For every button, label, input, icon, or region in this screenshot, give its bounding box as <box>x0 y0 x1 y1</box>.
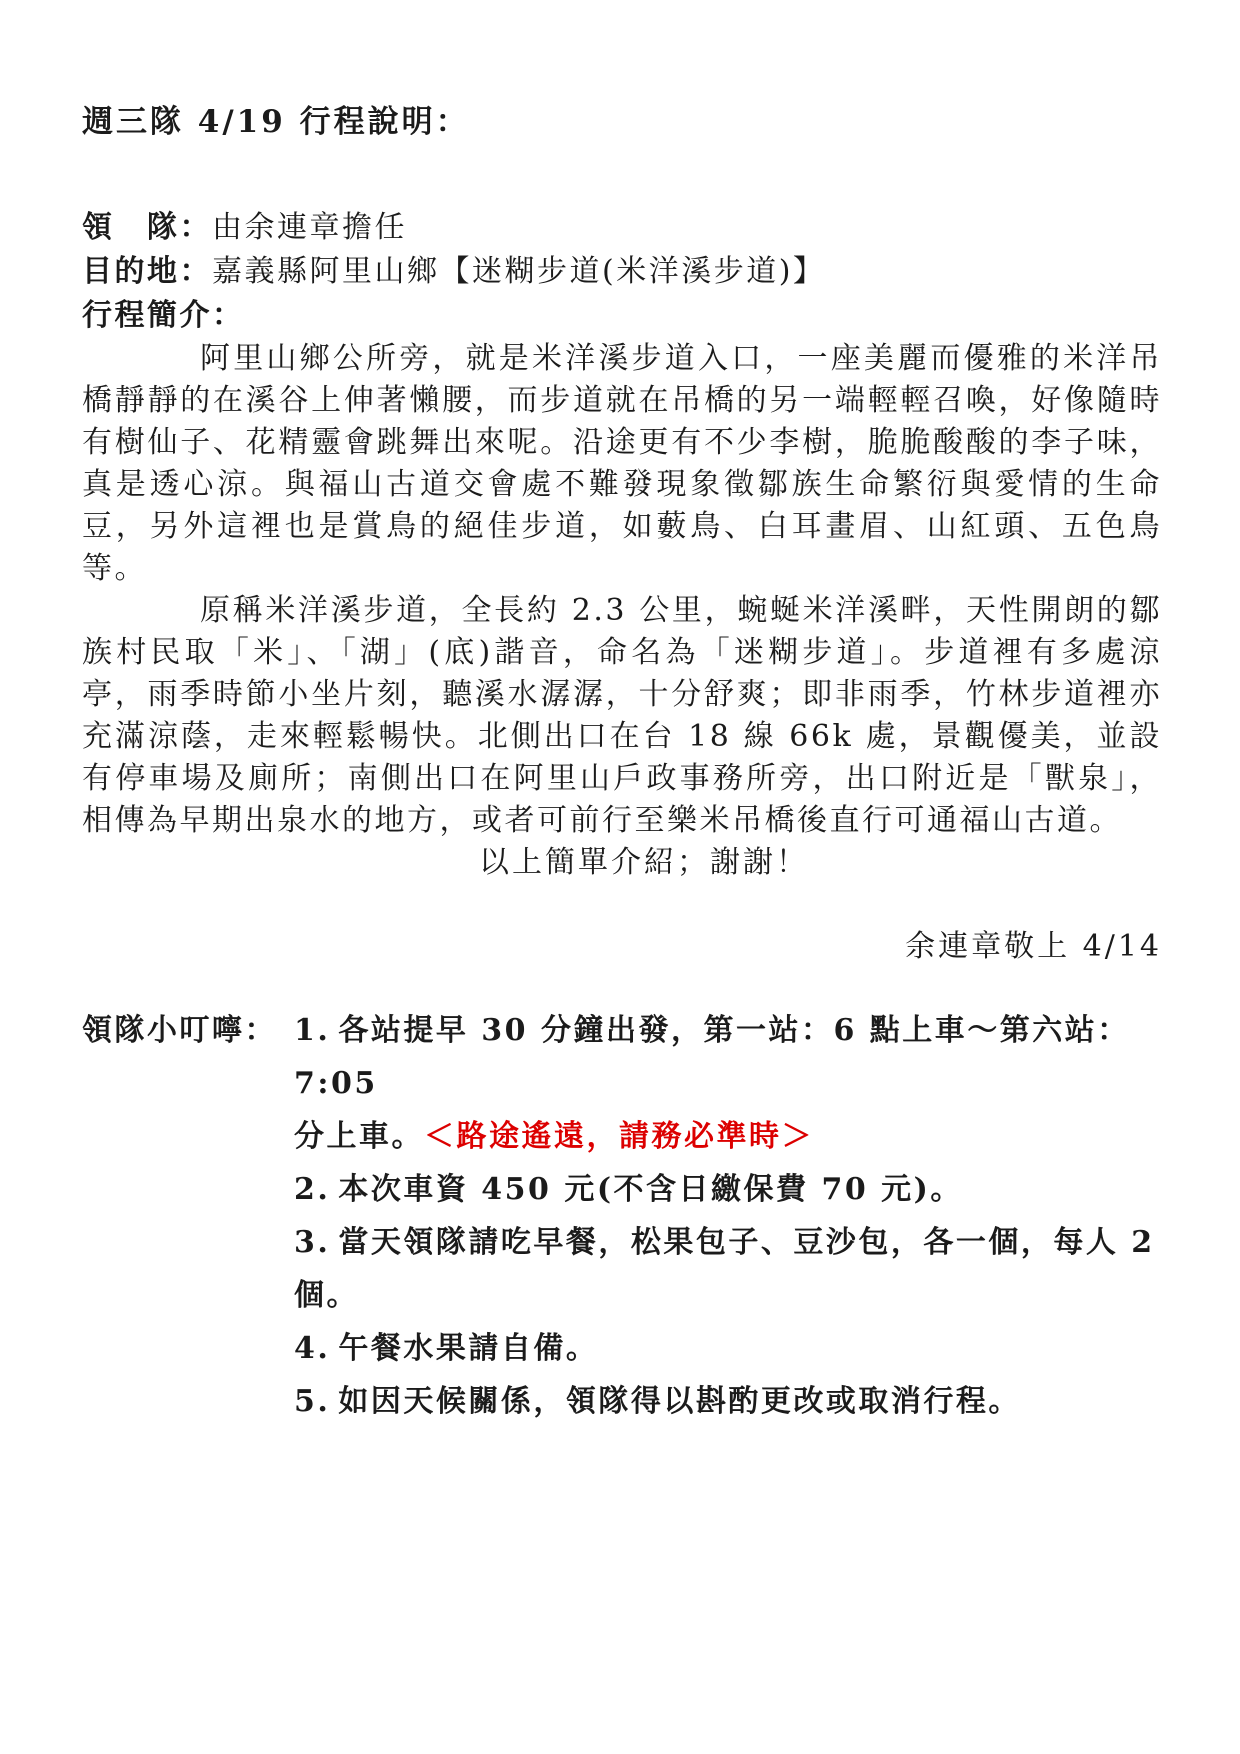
note-highlight-red: ＜路途遙遠，請務必準時＞ <box>424 1119 814 1154</box>
note-body-2: 2.本次車資 450 元(不含日繳保費 70 元)。 <box>294 1163 1162 1216</box>
destination-value: 嘉義縣阿里山鄉【迷糊步道(米洋溪步道)】 <box>212 254 825 289</box>
notes-label: 領隊小叮嚀： <box>82 1004 294 1057</box>
leader-row: 領 隊：由余連章擔任 <box>82 206 1162 250</box>
note-item: 3.當天領隊請吃早餐，松果包子、豆沙包，各一個，每人 2 個。 <box>82 1216 1162 1322</box>
note-item: 5.如因天候關係，領隊得以斟酌更改或取消行程。 <box>82 1375 1162 1428</box>
note-body-3: 3.當天領隊請吃早餐，松果包子、豆沙包，各一個，每人 2 個。 <box>294 1216 1162 1322</box>
note-item: 領隊小叮嚀： 1.各站提早 30 分鐘出發，第一站：6 點上車～第六站：7:05… <box>82 1004 1162 1163</box>
document-page: 週三隊 4/19 行程說明： 領 隊：由余連章擔任 目的地：嘉義縣阿里山鄉【迷糊… <box>0 0 1240 1754</box>
note-number: 1. <box>294 1013 330 1048</box>
doc-title: 週三隊 4/19 行程說明： <box>82 100 1162 144</box>
leader-value: 由余連章擔任 <box>212 210 407 245</box>
destination-label: 目的地： <box>82 254 212 289</box>
note-number: 2. <box>294 1172 330 1207</box>
note-body-5: 5.如因天候關係，領隊得以斟酌更改或取消行程。 <box>294 1375 1162 1428</box>
note-text: 如因天候關係，領隊得以斟酌更改或取消行程。 <box>338 1384 1021 1419</box>
note-number: 3. <box>294 1225 330 1260</box>
note-item: 4.午餐水果請自備。 <box>82 1322 1162 1375</box>
intro-row: 行程簡介： <box>82 294 1162 338</box>
note-body-4: 4.午餐水果請自備。 <box>294 1322 1162 1375</box>
note-text: 本次車資 450 元(不含日繳保費 70 元)。 <box>338 1172 963 1207</box>
note-text: 午餐水果請自備。 <box>338 1331 598 1366</box>
intro-label: 行程簡介： <box>82 298 245 333</box>
note-number: 4. <box>294 1331 330 1366</box>
notes-section: 領隊小叮嚀： 1.各站提早 30 分鐘出發，第一站：6 點上車～第六站：7:05… <box>82 1004 1162 1428</box>
note-number: 5. <box>294 1384 330 1419</box>
closing-line: 以上簡單介紹；謝謝！ <box>104 842 1184 884</box>
paragraph-1: 阿里山鄉公所旁，就是米洋溪步道入口，一座美麗而優雅的米洋吊橋靜靜的在溪谷上伸著懶… <box>82 338 1162 590</box>
paragraph-2: 原稱米洋溪步道，全長約 2.3 公里，蜿蜒米洋溪畔，天性開朗的鄒族村民取「米」、… <box>82 590 1162 842</box>
leader-label: 領 隊： <box>82 210 212 245</box>
note-text-continued: 分上車。 <box>294 1119 424 1154</box>
signature-line: 余連章敬上 4/14 <box>82 926 1162 968</box>
destination-row: 目的地：嘉義縣阿里山鄉【迷糊步道(米洋溪步道)】 <box>82 250 1162 294</box>
note-text: 各站提早 30 分鐘出發，第一站：6 點上車～第六站：7:05 <box>294 1013 1130 1101</box>
note-body-1: 1.各站提早 30 分鐘出發，第一站：6 點上車～第六站：7:05 分上車。＜路… <box>294 1004 1162 1163</box>
header-block: 領 隊：由余連章擔任 目的地：嘉義縣阿里山鄉【迷糊步道(米洋溪步道)】 行程簡介… <box>82 206 1162 338</box>
note-item: 2.本次車資 450 元(不含日繳保費 70 元)。 <box>82 1163 1162 1216</box>
note-text: 當天領隊請吃早餐，松果包子、豆沙包，各一個，每人 2 個。 <box>294 1225 1155 1313</box>
